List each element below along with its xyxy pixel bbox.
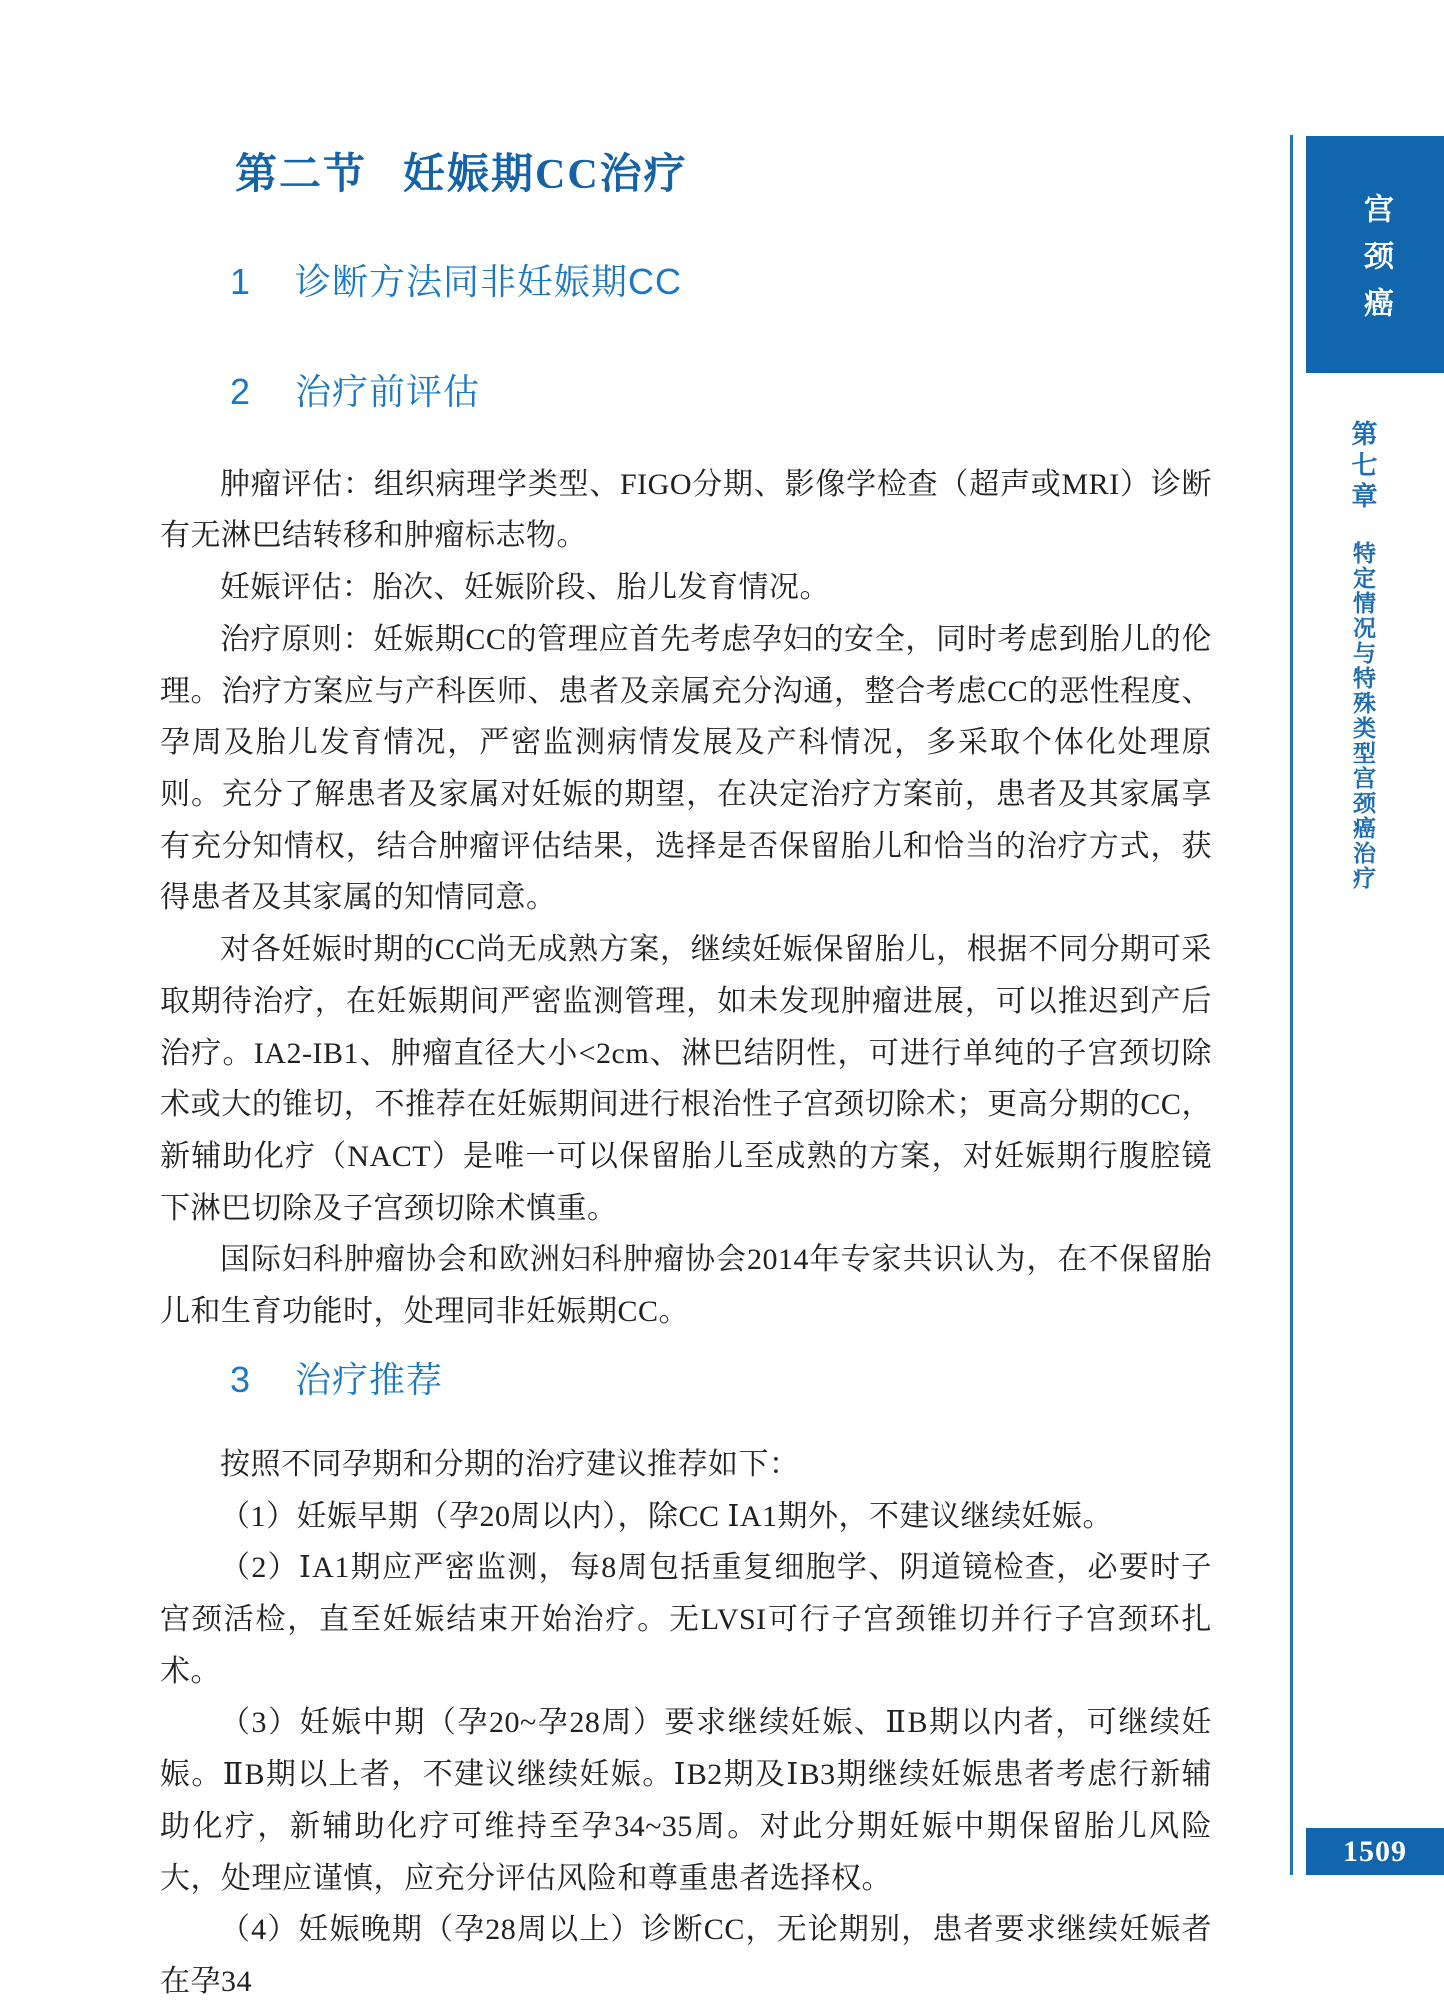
section-heading-label: 治疗推荐 bbox=[295, 1359, 443, 1400]
body-paragraph: 对各妊娠时期的CC尚无成熟方案，继续妊娠保留胎儿，根据不同分期可采取期待治疗，在… bbox=[160, 924, 1212, 1234]
body-paragraph: 肿瘤评估：组织病理学类型、FIGO分期、影像学检查（超声或MRI）诊断有无淋巴结… bbox=[160, 459, 1212, 562]
page-title-text: 妊娠期CC治疗 bbox=[403, 152, 688, 198]
body-paragraph: （1）妊娠早期（孕20周以内），除CC ⅠA1期外，不建议继续妊娠。 bbox=[160, 1491, 1212, 1543]
chapter-title-label: 特定情况与特殊类型宫颈癌治疗 bbox=[1350, 513, 1375, 891]
chapter-tab-label: 宫颈癌 bbox=[1353, 193, 1397, 334]
page-number: 1509 bbox=[1343, 1835, 1407, 1869]
body-paragraph: 妊娠评估：胎次、妊娠阶段、胎儿发育情况。 bbox=[160, 562, 1212, 614]
body-paragraph: （4）妊娠晚期（孕28周以上）诊断CC，无论期别，患者要求继续妊娠者在孕34 bbox=[160, 1904, 1212, 2007]
section-number: 3 bbox=[230, 1359, 251, 1400]
page-title-section-label: 第二节 bbox=[235, 152, 367, 198]
section-number: 2 bbox=[230, 371, 251, 412]
section-heading-label: 诊断方法同非妊娠期CC bbox=[295, 261, 682, 302]
section-heading-2: 2治疗前评估 bbox=[230, 370, 1212, 413]
body-paragraph: （3）妊娠中期（孕20~孕28周）要求继续妊娠、ⅡB期以内者，可继续妊娠。ⅡB期… bbox=[160, 1697, 1212, 1904]
book-page: 第二节妊娠期CC治疗 1诊断方法同非妊娠期CC 2治疗前评估 肿瘤评估：组织病理… bbox=[0, 0, 1444, 2010]
body-paragraph: 国际妇科肿瘤协会和欧洲妇科肿瘤协会2014年专家共识认为，在不保留胎儿和生育功能… bbox=[160, 1234, 1212, 1337]
page-number-badge: 1509 bbox=[1306, 1828, 1444, 1875]
section-number: 1 bbox=[230, 261, 251, 302]
body-paragraph: 按照不同孕期和分期的治疗建议推荐如下： bbox=[160, 1439, 1212, 1491]
body-paragraph: （2）ⅠA1期应严密监测，每8周包括重复细胞学、阴道镜检查，必要时子宫颈活检，直… bbox=[160, 1542, 1212, 1697]
chapter-tab-badge: 宫颈癌 bbox=[1306, 136, 1444, 373]
section-heading-3: 3治疗推荐 bbox=[230, 1358, 1212, 1401]
body-paragraph: 治疗原则：妊娠期CC的管理应首先考虑孕妇的安全，同时考虑到胎儿的伦理。治疗方案应… bbox=[160, 614, 1212, 924]
page-title: 第二节妊娠期CC治疗 bbox=[235, 150, 1212, 200]
chapter-number-label: 第七章 bbox=[1348, 420, 1377, 513]
main-text-column: 第二节妊娠期CC治疗 1诊断方法同非妊娠期CC 2治疗前评估 肿瘤评估：组织病理… bbox=[160, 0, 1212, 2008]
sidebar-divider-rule bbox=[1290, 135, 1293, 1875]
chapter-sidebar-title: 第七章特定情况与特殊类型宫颈癌治疗 bbox=[1344, 420, 1381, 1320]
section-heading-1: 1诊断方法同非妊娠期CC bbox=[230, 260, 1212, 303]
section-heading-label: 治疗前评估 bbox=[295, 371, 480, 412]
